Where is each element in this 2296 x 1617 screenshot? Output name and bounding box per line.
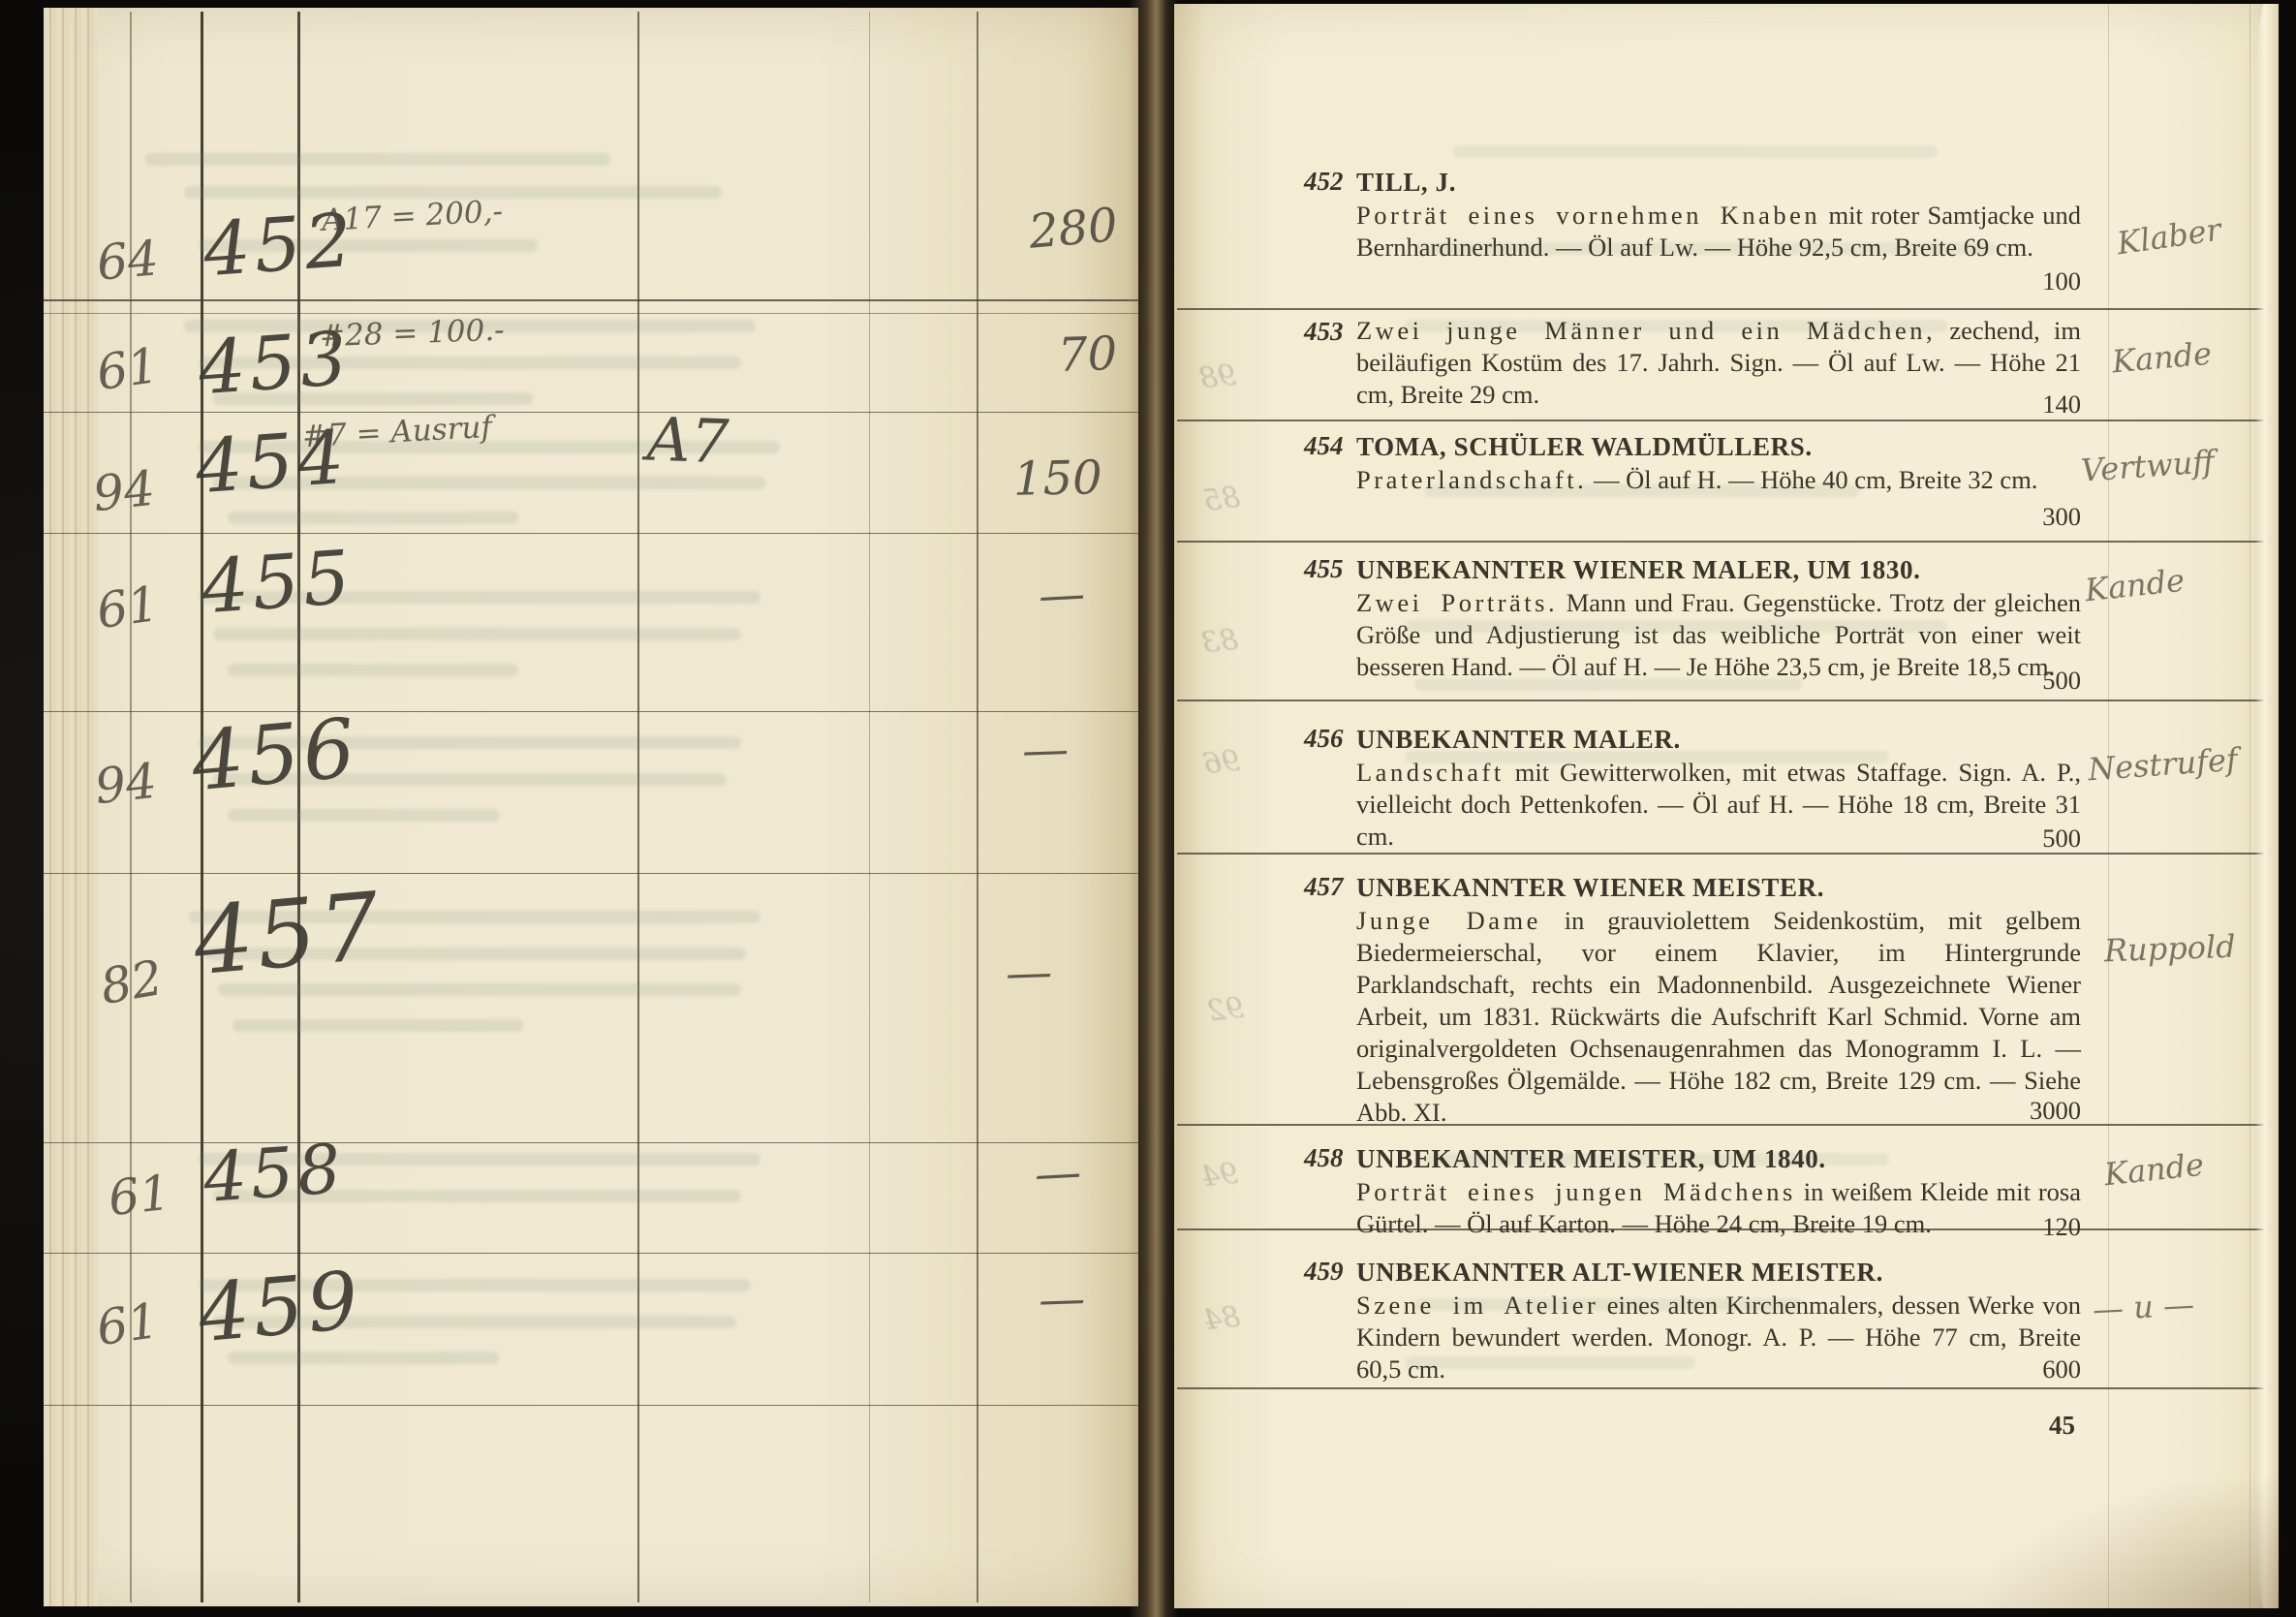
page-corner-curl — [1969, 1473, 2279, 1608]
entry-description: Porträt eines jungen Mädchens in weißem … — [1356, 1176, 2081, 1240]
catalog-entry: 452 TILL, J. Porträt eines vornehmen Kna… — [1356, 165, 2081, 296]
book-gutter — [1129, 0, 1179, 1617]
bleed-pencil-mark: 94 — [1199, 1157, 1240, 1195]
ledger-price: — — [1038, 567, 1087, 623]
entry-lead: Praterlandschaft. — [1356, 465, 1587, 494]
ledger-ref-number: 61 — [93, 337, 162, 401]
entry-lead: Junge Dame — [1356, 906, 1541, 935]
margin-annotation: Ruppold — [2103, 928, 2236, 970]
entry-lead: Porträt eines jungen Mädchens — [1356, 1177, 1796, 1206]
ledger-page: 64 452 A17 = 200,- 280 61 453 #28 = 100.… — [44, 8, 1138, 1606]
entry-text: — Öl auf H. — Höhe 40 cm, Breite 32 cm. — [1594, 465, 2038, 494]
entry-lead: Landschaft — [1356, 758, 1505, 787]
margin-annotation: Kande — [2111, 335, 2214, 381]
entry-artist: UNBEKANNTER WIENER MALER, UM 1830. — [1356, 552, 2081, 587]
margin-annotation: Kande — [2102, 1146, 2205, 1194]
entry-description: Szene im Atelier eines alten Kirchenmale… — [1356, 1290, 2081, 1385]
catalog-entry: 458 UNBEKANNTER MEISTER, UM 1840. Porträ… — [1356, 1141, 2081, 1242]
rule-line — [44, 299, 1138, 301]
bleed-strip — [145, 153, 610, 166]
rule-line — [44, 873, 1138, 874]
entry-lead: Zwei Porträts. — [1356, 588, 1558, 617]
entry-description: Porträt eines vornehmen Knaben mit roter… — [1356, 200, 2081, 264]
catalog-entry: 455 UNBEKANNTER WIENER MALER, UM 1830. Z… — [1356, 552, 2081, 696]
entry-lead: Porträt eines vornehmen Knaben — [1356, 201, 1820, 230]
ledger-price: 150 — [1013, 451, 1103, 507]
ledger-price: 70 — [1057, 327, 1118, 383]
rule-line — [977, 12, 978, 1602]
bleed-strip — [213, 628, 741, 640]
ledger-price: 280 — [1027, 198, 1120, 260]
rule-line — [44, 533, 1138, 534]
ledger-extra-mark: A7 — [646, 404, 730, 478]
ledger-lot-number: 457 — [189, 872, 387, 997]
entry-price: 140 — [2042, 389, 2081, 420]
rule-line — [2108, 4, 2109, 1608]
catalog-entry: 456 UNBEKANNTER MALER. Landschaft mit Ge… — [1356, 722, 2081, 854]
margin-annotation: Vertwuff — [2080, 443, 2216, 489]
page-stack-edge — [44, 8, 98, 1606]
entry-price: 300 — [2042, 502, 2081, 532]
ledger-ref-number: 94 — [92, 753, 159, 815]
entry-price: 500 — [2042, 666, 2081, 696]
rule-line — [44, 412, 1138, 413]
entry-artist: UNBEKANNTER MEISTER, UM 1840. — [1356, 1141, 2081, 1176]
entry-artist: UNBEKANNTER MALER. — [1356, 722, 2081, 757]
rule-line — [44, 1405, 1138, 1406]
margin-annotation: Nestrufef — [2087, 741, 2239, 789]
lot-number: 457 — [1304, 872, 1344, 902]
catalog-entry: 457 UNBEKANNTER WIENER MEISTER. Junge Da… — [1356, 870, 2081, 1126]
rule-line — [44, 313, 1138, 314]
lot-number: 455 — [1304, 554, 1344, 584]
bleed-pencil-mark: 98 — [1197, 358, 1238, 396]
page-edge — [2255, 4, 2279, 1608]
entry-artist: UNBEKANNTER WIENER MEISTER. — [1356, 870, 2081, 905]
entry-description: Praterlandschaft. — Öl auf H. — Höhe 40 … — [1356, 464, 2081, 496]
ledger-price: — — [1034, 1145, 1083, 1201]
bleed-pencil-mark: 84 — [1201, 1300, 1242, 1338]
catalog-page: 452 TILL, J. Porträt eines vornehmen Kna… — [1174, 4, 2279, 1608]
bleed-strip — [228, 512, 518, 524]
margin-annotation: Kande — [2083, 562, 2186, 609]
ledger-price: — — [1005, 945, 1053, 1001]
entry-price: 100 — [2042, 266, 2081, 296]
entry-artist: UNBEKANNTER ALT-WIENER MEISTER. — [1356, 1255, 2081, 1290]
ledger-note: #28 = 100.- — [319, 313, 505, 355]
catalog-entry: 453 Zwei junge Männer und ein Mädchen, z… — [1356, 315, 2081, 420]
entry-description: Landschaft mit Gewitterwolken, mit etwas… — [1356, 757, 2081, 853]
rule-line — [44, 1253, 1138, 1254]
ledger-lot-number: 456 — [188, 700, 362, 810]
page-number: 45 — [2049, 1411, 2075, 1441]
entry-artist: TOMA, SCHÜLER WALDMÜLLERS. — [1356, 429, 2081, 464]
rule-line — [2249, 4, 2250, 1608]
entry-description: Zwei junge Männer und ein Mädchen, zeche… — [1356, 315, 2081, 411]
rule-line — [637, 12, 639, 1602]
entry-lead: Szene im Atelier — [1356, 1290, 1598, 1320]
bleed-strip — [228, 809, 499, 822]
entry-text: in grauviolettem Seidenkostüm, mit gelbe… — [1356, 906, 2081, 1127]
bleed-pencil-mark: 85 — [1201, 481, 1242, 518]
lot-number: 459 — [1304, 1257, 1344, 1287]
lot-number: 458 — [1304, 1143, 1344, 1173]
rule-line — [869, 12, 870, 1602]
entry-price: 3000 — [2030, 1096, 2081, 1126]
bleed-strip — [228, 664, 518, 676]
entry-price: 600 — [2042, 1354, 2081, 1384]
ledger-ref-number: 82 — [96, 949, 167, 1015]
ledger-lot-number: 455 — [199, 534, 357, 631]
catalog-entry: 459 UNBEKANNTER ALT-WIENER MEISTER. Szen… — [1356, 1255, 2081, 1384]
ledger-lot-number: 458 — [201, 1129, 347, 1218]
margin-annotation: Klaber — [2115, 211, 2223, 263]
bleed-pencil-mark: 96 — [1201, 744, 1242, 782]
ledger-ref-number: 61 — [93, 575, 162, 639]
lot-number: 452 — [1304, 167, 1344, 197]
lot-number: 453 — [1304, 317, 1344, 347]
entry-price: 120 — [2042, 1212, 2081, 1242]
ledger-ref-number: 61 — [106, 1165, 172, 1227]
bleed-strip — [1453, 145, 1938, 158]
bleed-pencil-mark: 83 — [1199, 623, 1240, 661]
margin-annotation: — u — — [2092, 1286, 2195, 1327]
lot-number: 454 — [1304, 431, 1344, 461]
entry-description: Zwei Porträts. Mann und Frau. Gegenstück… — [1356, 587, 2081, 683]
entry-artist: TILL, J. — [1356, 165, 2081, 200]
lot-number: 456 — [1304, 724, 1344, 754]
entry-lead: Zwei junge Männer und ein Mädchen, — [1356, 316, 1936, 345]
entry-price: 500 — [2042, 824, 2081, 854]
entry-description: Junge Dame in grauviolettem Seidenkostüm… — [1356, 905, 2081, 1129]
ledger-ref-number: 64 — [95, 230, 161, 291]
ledger-ref-number: 94 — [90, 460, 157, 522]
ledger-price: — — [1021, 722, 1070, 778]
book-scan: 64 452 A17 = 200,- 280 61 453 #28 = 100.… — [0, 0, 2296, 1617]
catalog-entry: 454 TOMA, SCHÜLER WALDMÜLLERS. Praterlan… — [1356, 429, 2081, 532]
ledger-price: — — [1038, 1271, 1086, 1327]
ledger-lot-number: 459 — [195, 1255, 365, 1360]
ledger-ref-number: 61 — [93, 1292, 162, 1356]
bleed-strip — [233, 1019, 523, 1032]
bleed-pencil-mark: 92 — [1205, 991, 1246, 1029]
